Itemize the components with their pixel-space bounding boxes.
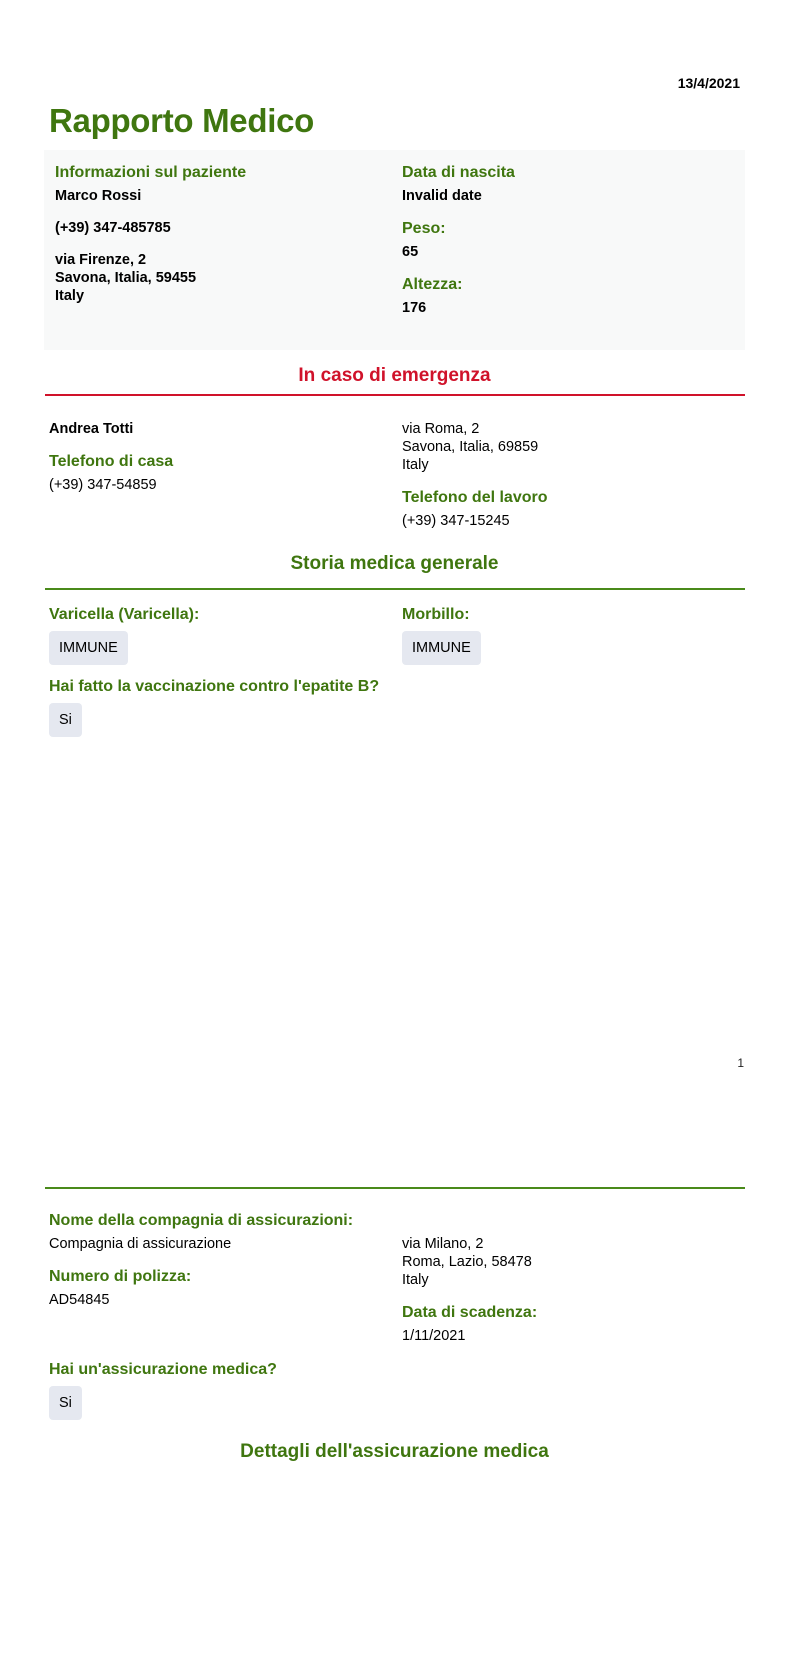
patient-address-line3: Italy (55, 287, 375, 305)
medical-report-page: 13/4/2021 Rapporto Medico Informazioni s… (0, 0, 790, 1677)
emergency-contact-name: Andrea Totti (49, 420, 369, 438)
has-insurance-badge: Si (49, 1386, 82, 1420)
home-phone-label: Telefono di casa (49, 452, 369, 472)
policy-number-value: AD54845 (49, 1291, 389, 1309)
home-phone-value: (+39) 347-54859 (49, 476, 369, 494)
patient-vitals-column: Data di nascita Invalid date Peso: 65 Al… (402, 163, 722, 317)
height-value: 176 (402, 299, 722, 317)
measles-label: Morbillo: (402, 605, 722, 625)
policy-number-label: Numero di polizza: (49, 1267, 389, 1287)
insurance-company-value: Compagnia di assicurazione (49, 1235, 389, 1253)
emergency-address-line3: Italy (402, 456, 722, 474)
insurance-address-line2: Roma, Lazio, 58478 (402, 1253, 722, 1271)
measles-field: Morbillo: IMMUNE (402, 605, 722, 665)
insurance-company-column: Nome della compagnia di assicurazioni: C… (49, 1211, 389, 1309)
patient-phone: (+39) 347-485785 (55, 219, 375, 237)
emergency-contact-column: Andrea Totti Telefono di casa (+39) 347-… (49, 420, 369, 494)
emergency-address-line1: via Roma, 2 (402, 420, 722, 438)
dob-label: Data di nascita (402, 163, 722, 183)
weight-value: 65 (402, 243, 722, 261)
dob-value: Invalid date (402, 187, 722, 205)
page-number: 1 (737, 1056, 744, 1070)
expiry-date-value: 1/11/2021 (402, 1327, 722, 1345)
has-insurance-label: Hai un'assicurazione medica? (49, 1360, 649, 1380)
weight-label: Peso: (402, 219, 722, 239)
work-phone-label: Telefono del lavoro (402, 488, 722, 508)
patient-info-label: Informazioni sul paziente (55, 163, 375, 183)
measles-badge: IMMUNE (402, 631, 481, 665)
hepatitis-b-badge: Si (49, 703, 82, 737)
emergency-address-column: via Roma, 2 Savona, Italia, 69859 Italy … (402, 420, 722, 530)
expiry-date-label: Data di scadenza: (402, 1303, 722, 1323)
insurance-divider (45, 1187, 745, 1189)
patient-info-column: Informazioni sul paziente Marco Rossi (+… (55, 163, 375, 305)
insurance-address-column: via Milano, 2 Roma, Lazio, 58478 Italy D… (402, 1235, 722, 1345)
medical-history-section-title: Storia medica generale (44, 552, 745, 576)
medical-history-divider (45, 588, 745, 590)
chickenpox-field: Varicella (Varicella): IMMUNE (49, 605, 369, 665)
emergency-divider (45, 394, 745, 396)
insurance-company-label: Nome della compagnia di assicurazioni: (49, 1211, 389, 1231)
patient-info-panel: Informazioni sul paziente Marco Rossi (+… (44, 150, 745, 350)
insurance-address-line3: Italy (402, 1271, 722, 1289)
has-insurance-field: Hai un'assicurazione medica? Si (49, 1360, 649, 1420)
insurance-details-section-title: Dettagli dell'assicurazione medica (44, 1440, 745, 1464)
height-label: Altezza: (402, 275, 722, 295)
insurance-address-line1: via Milano, 2 (402, 1235, 722, 1253)
chickenpox-badge: IMMUNE (49, 631, 128, 665)
report-date: 13/4/2021 (678, 75, 740, 91)
page-title: Rapporto Medico (49, 102, 314, 140)
emergency-section-title: In caso di emergenza (44, 365, 745, 387)
chickenpox-label: Varicella (Varicella): (49, 605, 369, 625)
hepatitis-b-label: Hai fatto la vaccinazione contro l'epati… (49, 677, 649, 697)
emergency-address-line2: Savona, Italia, 69859 (402, 438, 722, 456)
patient-name: Marco Rossi (55, 187, 375, 205)
work-phone-value: (+39) 347-15245 (402, 512, 722, 530)
patient-address-line1: via Firenze, 2 (55, 251, 375, 269)
hepatitis-b-field: Hai fatto la vaccinazione contro l'epati… (49, 677, 649, 737)
patient-address: via Firenze, 2 Savona, Italia, 59455 Ita… (55, 251, 375, 305)
patient-address-line2: Savona, Italia, 59455 (55, 269, 375, 287)
